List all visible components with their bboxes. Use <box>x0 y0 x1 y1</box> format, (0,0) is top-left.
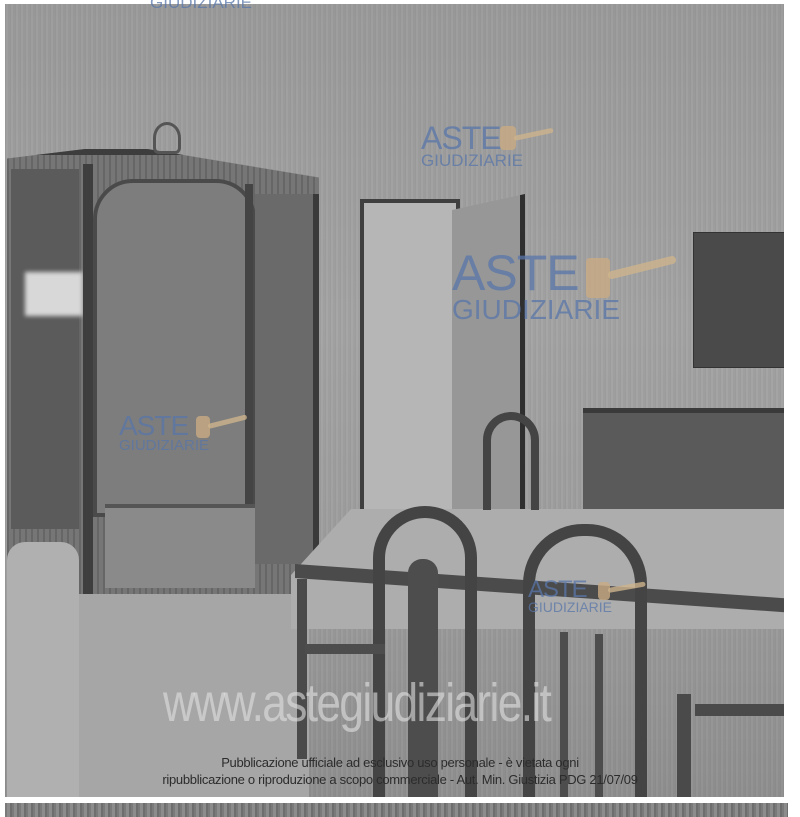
watermark-giudiziarie: GIUDIZIARIE <box>528 600 612 614</box>
next-photo-strip <box>5 803 788 817</box>
watermark-giudiziarie: GIUDIZIARIE <box>150 0 252 11</box>
disclaimer-line-2: ripubblicazione o riproduzione a scopo c… <box>0 772 800 787</box>
cabinet-rail <box>83 164 93 614</box>
cabinet-finial <box>153 122 181 154</box>
table-rail <box>695 704 788 716</box>
watermark-giudiziarie: GIUDIZIARIE <box>421 152 523 169</box>
cabinet-door <box>93 179 256 517</box>
watermark-giudiziarie: GIUDIZIARIE <box>119 438 209 453</box>
cabinet-base <box>105 504 255 588</box>
doorway <box>360 199 460 523</box>
chair-back-far <box>483 412 539 510</box>
watermark-giudiziarie: GIUDIZIARIE <box>452 296 620 324</box>
disclaimer-line-1: Pubblicazione ufficiale ad esclusivo uso… <box>0 755 800 770</box>
wall-tv <box>693 232 788 368</box>
photo-border <box>784 4 788 797</box>
watermark-top-partial: GIUDIZIARIE <box>150 0 252 11</box>
watermark-site-url: www.astegiudiziarie.it <box>163 672 550 734</box>
chair-left-seat <box>305 644 385 654</box>
cabinet-left-panel <box>11 169 79 529</box>
cabinet-reflection <box>25 272 83 316</box>
cabinet-right-panel <box>255 194 319 564</box>
